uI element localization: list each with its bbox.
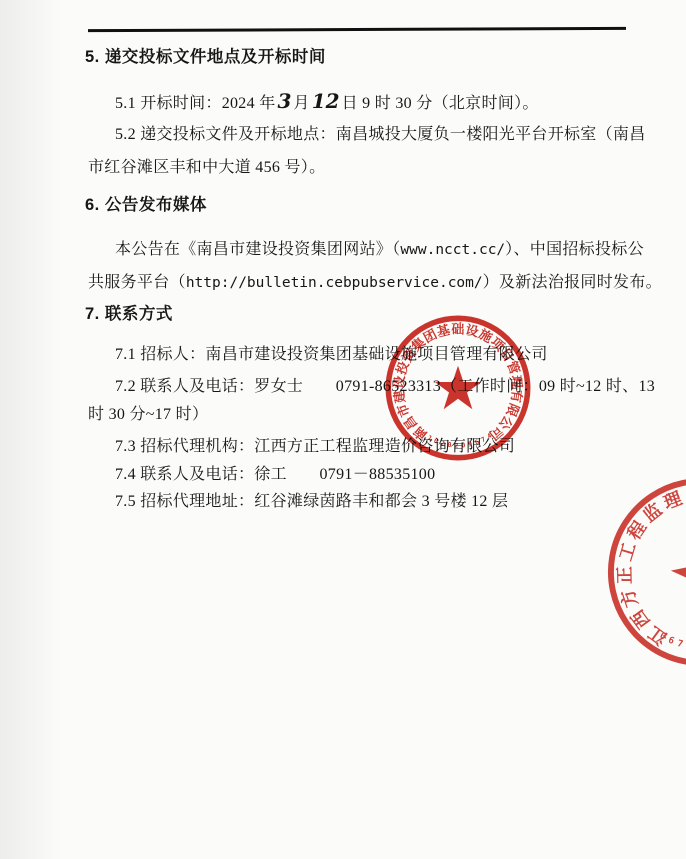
official-seal-secondary: 江西方正工程监理造价咨询有限公司 0674 xyxy=(545,415,686,728)
official-seal-primary: 南昌市建设投资集团基础设施项目管理有限公司 01020209674 xyxy=(357,287,559,489)
item-5-1: 5.1 开标时间：2024 年3月12日 9 时 30 分（北京时间）。 xyxy=(115,92,539,113)
handwritten-day-digit: 12 xyxy=(310,89,342,113)
top-horizontal-rule xyxy=(88,27,626,32)
seal-serial-text: 01020209674 xyxy=(420,430,496,450)
handwritten-month-digit: 3 xyxy=(276,89,294,113)
media-line2-prefix: 共服务平台（ xyxy=(88,274,186,291)
media-line1-suffix: ）、中国招标投标公 xyxy=(505,241,644,258)
seal-star-icon xyxy=(666,537,686,605)
section-5-heading: 5. 递交投标文件地点及开标时间 xyxy=(85,48,326,67)
item-5-2-line2: 市红谷滩区丰和中大道 456 号）。 xyxy=(88,158,325,177)
section-7-heading: 7. 联系方式 xyxy=(85,305,173,324)
month-unit-label: 月 xyxy=(293,95,309,112)
item-5-2-line1: 5.2 递交投标文件及开标地点：南昌城投大厦负一楼阳光平台开标室（南昌 xyxy=(115,125,646,144)
section-6-heading: 6. 公告发布媒体 xyxy=(85,196,207,215)
seal-star-icon xyxy=(435,366,481,409)
media-line1-prefix: 本公告在《南昌市建设投资集团网站》（ xyxy=(115,241,400,258)
item-7-5-agency-address: 7.5 招标代理地址：红谷滩绿茵路丰和都会 3 号楼 12 层 xyxy=(115,492,508,511)
item-5-1-prefix: 5.1 开标时间：2024 年 xyxy=(115,95,276,112)
svg-text:01020209674: 01020209674 xyxy=(420,430,496,450)
item-5-1-suffix: 日 9 时 30 分（北京时间）。 xyxy=(342,95,539,112)
scan-edge-shading xyxy=(0,0,62,859)
document-page: 5. 递交投标文件地点及开标时间 5.1 开标时间：2024 年3月12日 9 … xyxy=(0,0,686,859)
item-7-2-contact-line2: 时 30 分~17 时） xyxy=(88,405,208,424)
group-website-url: www.ncct.cc/ xyxy=(400,242,505,258)
announcement-media-line1: 本公告在《南昌市建设投资集团网站》（www.ncct.cc/）、中国招标投标公 xyxy=(115,240,644,260)
